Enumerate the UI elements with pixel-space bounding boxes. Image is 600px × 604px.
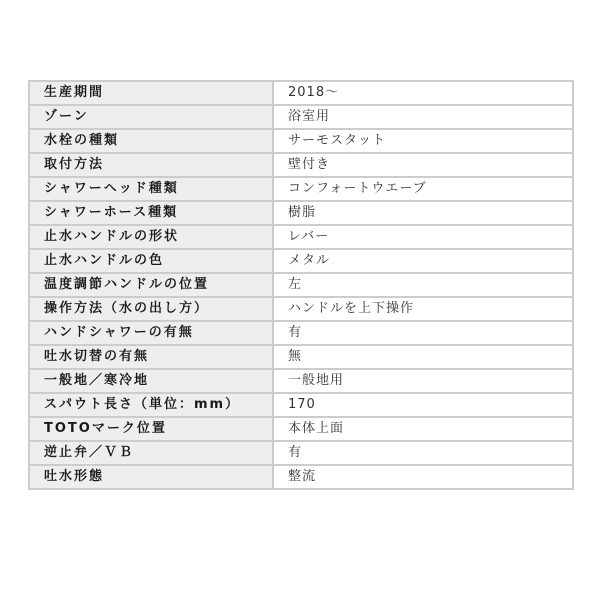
row-label: TOTOマーク位置	[29, 417, 273, 441]
spec-table: 生産期間 2018～ ゾーン 浴室用 水栓の種類 サーモスタット 取付方法 壁付…	[28, 80, 574, 490]
row-value: 左	[273, 273, 573, 297]
table-row: 一般地／寒冷地 一般地用	[29, 369, 573, 393]
row-label: ハンドシャワーの有無	[29, 321, 273, 345]
table-row: TOTOマーク位置 本体上面	[29, 417, 573, 441]
row-value: サーモスタット	[273, 129, 573, 153]
row-value: 無	[273, 345, 573, 369]
table-row: 止水ハンドルの形状 レバー	[29, 225, 573, 249]
row-label: 吐水切替の有無	[29, 345, 273, 369]
row-value: 壁付き	[273, 153, 573, 177]
table-row: 吐水切替の有無 無	[29, 345, 573, 369]
row-value: 有	[273, 321, 573, 345]
row-value: ハンドルを上下操作	[273, 297, 573, 321]
table-row: 水栓の種類 サーモスタット	[29, 129, 573, 153]
row-value: メタル	[273, 249, 573, 273]
row-label: 生産期間	[29, 81, 273, 105]
row-label: 操作方法（水の出し方）	[29, 297, 273, 321]
row-value: コンフォートウエーブ	[273, 177, 573, 201]
row-value: レバー	[273, 225, 573, 249]
row-label: 水栓の種類	[29, 129, 273, 153]
row-value: 整流	[273, 465, 573, 489]
table-row: 逆止弁／ＶＢ 有	[29, 441, 573, 465]
row-value: 一般地用	[273, 369, 573, 393]
row-value: 本体上面	[273, 417, 573, 441]
row-value: 浴室用	[273, 105, 573, 129]
table-row: ゾーン 浴室用	[29, 105, 573, 129]
table-row: ハンドシャワーの有無 有	[29, 321, 573, 345]
row-value: 樹脂	[273, 201, 573, 225]
row-value: 2018～	[273, 81, 573, 105]
row-label: スパウト長さ（単位：mm）	[29, 393, 273, 417]
table-row: 生産期間 2018～	[29, 81, 573, 105]
row-label: 逆止弁／ＶＢ	[29, 441, 273, 465]
row-value: 有	[273, 441, 573, 465]
row-label: シャワーヘッド種類	[29, 177, 273, 201]
table-row: 止水ハンドルの色 メタル	[29, 249, 573, 273]
row-label: 止水ハンドルの形状	[29, 225, 273, 249]
row-label: 温度調節ハンドルの位置	[29, 273, 273, 297]
row-label: 吐水形態	[29, 465, 273, 489]
table-row: シャワーヘッド種類 コンフォートウエーブ	[29, 177, 573, 201]
table-row: 吐水形態 整流	[29, 465, 573, 489]
table-row: 取付方法 壁付き	[29, 153, 573, 177]
row-label: シャワーホース種類	[29, 201, 273, 225]
row-label: ゾーン	[29, 105, 273, 129]
table-row: スパウト長さ（単位：mm） 170	[29, 393, 573, 417]
table-row: 温度調節ハンドルの位置 左	[29, 273, 573, 297]
row-label: 取付方法	[29, 153, 273, 177]
row-label: 一般地／寒冷地	[29, 369, 273, 393]
table-row: 操作方法（水の出し方） ハンドルを上下操作	[29, 297, 573, 321]
table-row: シャワーホース種類 樹脂	[29, 201, 573, 225]
row-value: 170	[273, 393, 573, 417]
row-label: 止水ハンドルの色	[29, 249, 273, 273]
